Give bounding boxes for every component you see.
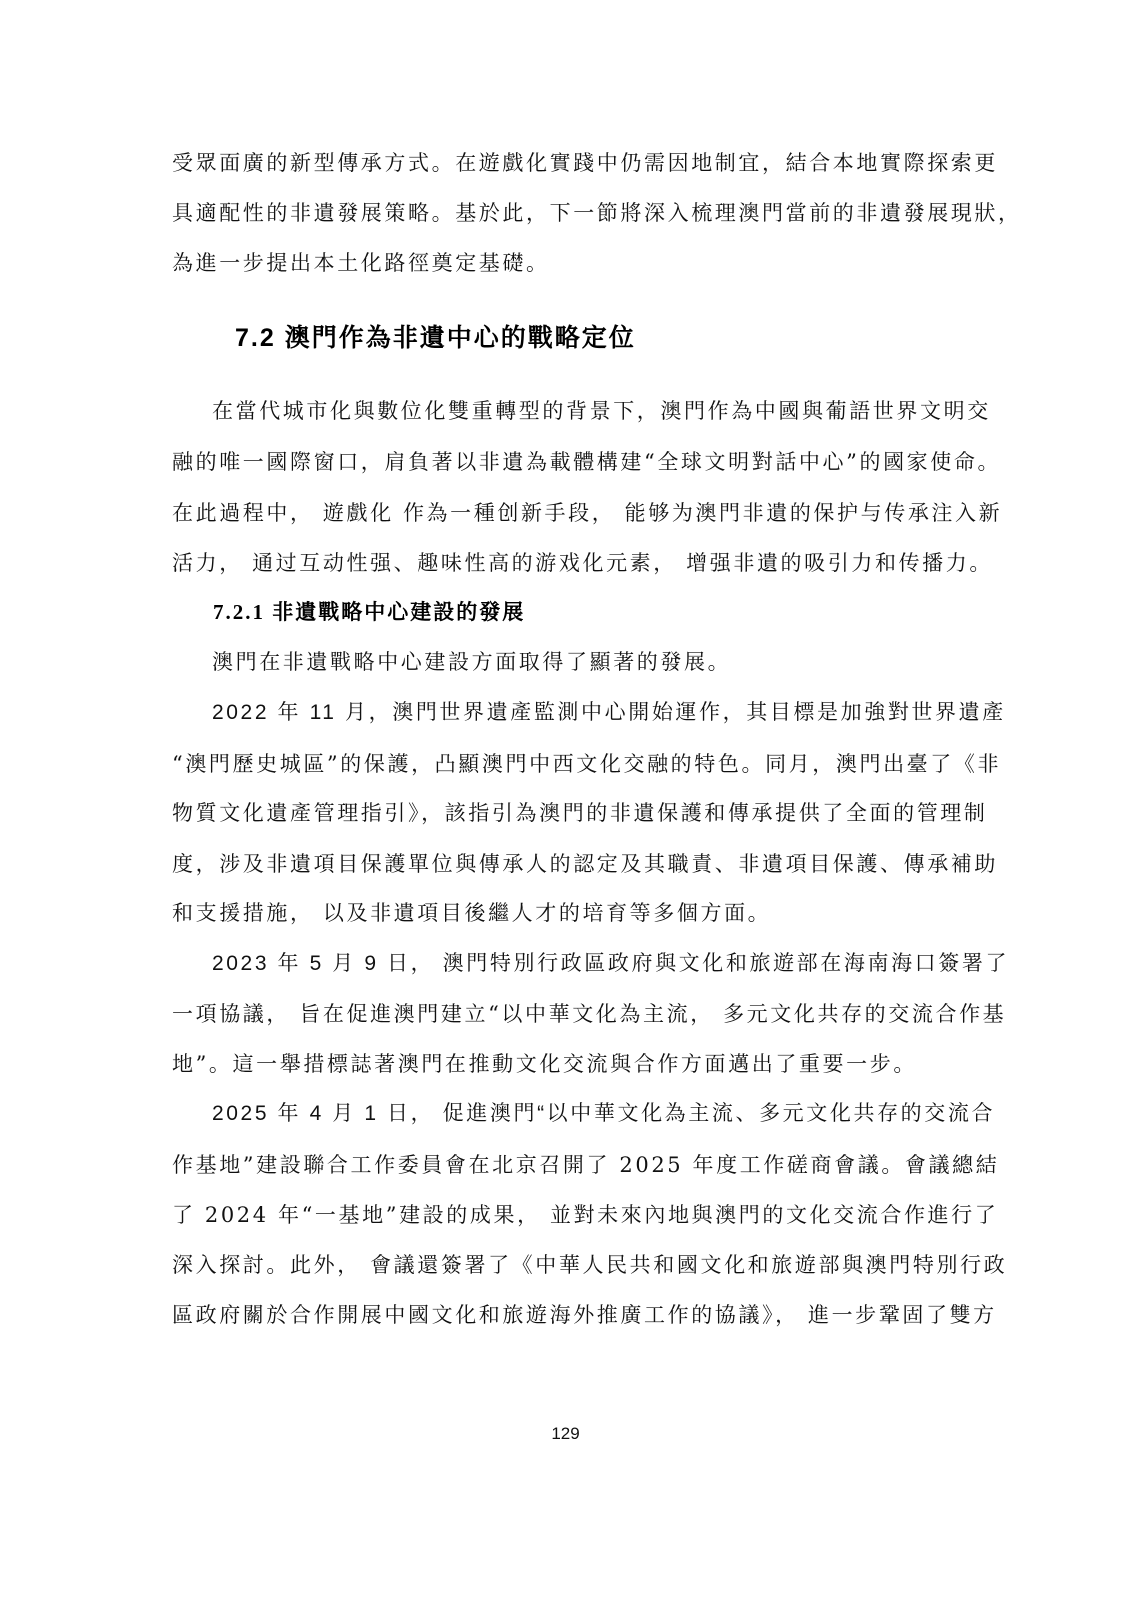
paragraph-line: 2022 年 11 月，澳門世界遺產監測中心開始運作，其目標是加強對世界遺產 [212, 698, 940, 728]
paragraph-line: 為進一步提出本土化路徑奠定基礎。 [172, 248, 940, 278]
page-number: 129 [0, 1424, 1131, 1444]
paragraph-line: 2023 年 5 月 9 日， 澳門特別行政區政府與文化和旅遊部在海南海口簽署了 [212, 949, 940, 979]
section-heading: 7.2 澳門作為非遺中心的戰略定位 [235, 320, 636, 356]
paragraph-line: 度，涉及非遺項目保護單位與傳承人的認定及其職責、非遺項目保護、傳承補助 [172, 849, 940, 879]
paragraph-line: 活力， 通过互动性强、趣味性高的游戏化元素， 增强非遺的吸引力和传播力。 [172, 548, 940, 578]
paragraph-line: 作基地”建設聯合工作委員會在北京召開了 2025 年度工作磋商會議。會議總結 [172, 1150, 940, 1180]
paragraph-line: “澳門歷史城區”的保護，凸顯澳門中西文化交融的特色。同月，澳門出臺了《非 [172, 749, 940, 779]
paragraph-line: 了 2024 年“一基地”建設的成果， 並對未來內地與澳門的文化交流合作進行了 [172, 1200, 940, 1230]
paragraph-line: 一項協議， 旨在促進澳門建立“以中華文化為主流， 多元文化共存的交流合作基 [172, 999, 940, 1029]
paragraph-line: 物質文化遺產管理指引》，該指引為澳門的非遺保護和傳承提供了全面的管理制 [172, 798, 940, 828]
paragraph-line: 區政府關於合作開展中國文化和旅遊海外推廣工作的協議》， 進一步鞏固了雙方 [172, 1300, 940, 1330]
paragraph-line: 2025 年 4 月 1 日， 促進澳門“以中華文化為主流、多元文化共存的交流合 [212, 1099, 940, 1129]
document-page: 受眾面廣的新型傳承方式。在遊戲化實踐中仍需因地制宜，結合本地實際探索更 具適配性… [0, 0, 1131, 1600]
paragraph-line: 融的唯一國際窗口，肩負著以非遺為載體構建“全球文明對話中心”的國家使命。 [172, 447, 940, 477]
paragraph-line: 深入探討。此外， 會議還簽署了《中華人民共和國文化和旅遊部與澳門特別行政 [172, 1250, 940, 1280]
paragraph-line: 在此過程中， 遊戲化 作為一種创新手段， 能够为澳門非遺的保护与传承注入新 [172, 498, 940, 528]
paragraph-line: 在當代城市化與數位化雙重轉型的背景下，澳門作為中國與葡語世界文明交 [212, 396, 940, 426]
paragraph-line: 受眾面廣的新型傳承方式。在遊戲化實踐中仍需因地制宜，結合本地實際探索更 [172, 148, 940, 178]
paragraph-line: 和支援措施， 以及非遺項目後繼人才的培育等多個方面。 [172, 898, 940, 928]
paragraph-line: 澳門在非遺戰略中心建設方面取得了顯著的發展。 [212, 647, 940, 677]
paragraph-line: 具適配性的非遺發展策略。基於此，下一節將深入梳理澳門當前的非遺發展現狀， [172, 198, 940, 228]
subsection-heading: 7.2.1 非遺戰略中心建設的發展 [213, 597, 525, 627]
paragraph-line: 地”。這一舉措標誌著澳門在推動文化交流與合作方面邁出了重要一步。 [172, 1049, 940, 1079]
